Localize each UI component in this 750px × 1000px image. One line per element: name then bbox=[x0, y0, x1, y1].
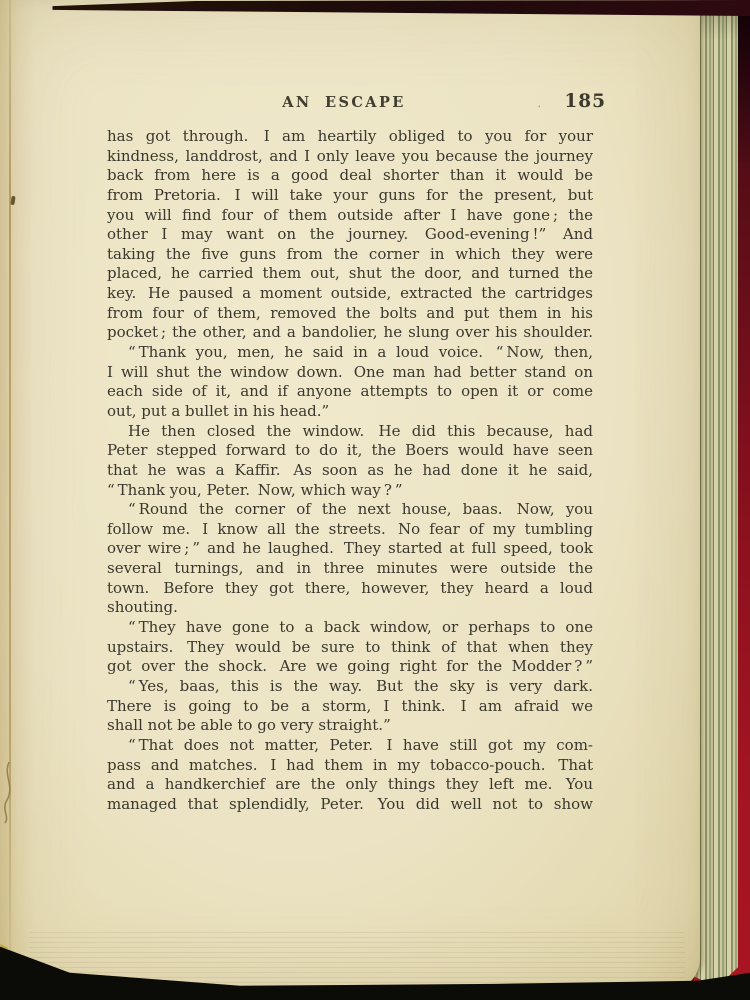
text-line: from four of them, removed the bolts and… bbox=[107, 304, 593, 324]
text-line: kindness, landdrost, and I only leave yo… bbox=[107, 147, 593, 167]
paragraph: “ That does not matter, Peter. I have st… bbox=[107, 736, 593, 815]
text-line: shouting. bbox=[107, 598, 593, 618]
body-text-block: has got through. I am heartily obliged t… bbox=[107, 127, 593, 814]
text-line: Peter stepped forward to do it, the Boer… bbox=[107, 441, 593, 461]
paragraph: has got through. I am heartily obliged t… bbox=[107, 127, 593, 343]
stitch-thread bbox=[0, 762, 20, 824]
paragraph: He then closed the window. He did this b… bbox=[107, 422, 593, 501]
text-line: got over the shock. Are we going right f… bbox=[107, 657, 593, 677]
text-line: from Pretoria. I will take your guns for… bbox=[107, 186, 593, 206]
page-edge-stack bbox=[694, 0, 738, 992]
text-line: back from here is a good deal shorter th… bbox=[107, 166, 593, 186]
text-line: There is going to be a storm, I think. I… bbox=[107, 697, 593, 717]
paragraph: “ Thank you, men, he said in a loud voic… bbox=[107, 343, 593, 422]
text-line: has got through. I am heartily obliged t… bbox=[107, 127, 593, 147]
folio-dot: · bbox=[538, 100, 542, 113]
text-line: “ Thank you, men, he said in a loud voic… bbox=[107, 343, 593, 363]
text-line: that he was a Kaffir. As soon as he had … bbox=[107, 461, 593, 481]
book-page: AN ESCAPE · 185 has got through. I am he… bbox=[0, 0, 700, 992]
text-line: you will find four of them outside after… bbox=[107, 206, 593, 226]
text-line: “ Yes, baas, this is the way. But the sk… bbox=[107, 677, 593, 697]
text-line: “ That does not matter, Peter. I have st… bbox=[107, 736, 593, 756]
text-line: key. He paused a moment outside, extract… bbox=[107, 284, 593, 304]
text-line: several turnings, and in three minutes w… bbox=[107, 559, 593, 579]
paragraph: “ They have gone to a back window, or pe… bbox=[107, 618, 593, 677]
text-line: placed, he carried them out, shut the do… bbox=[107, 264, 593, 284]
book-photo: AN ESCAPE · 185 has got through. I am he… bbox=[0, 0, 750, 1000]
chapter-running-title: AN ESCAPE bbox=[101, 94, 587, 111]
text-line: managed that splendidly, Peter. You did … bbox=[107, 795, 593, 815]
text-line: other I may want on the journey. Good-ev… bbox=[107, 225, 593, 245]
running-head: AN ESCAPE · 185 bbox=[107, 94, 593, 116]
text-line: follow me. I know all the streets. No fe… bbox=[107, 520, 593, 540]
text-line: taking the five guns from the corner in … bbox=[107, 245, 593, 265]
text-line: “ They have gone to a back window, or pe… bbox=[107, 618, 593, 638]
text-line: out, put a bullet in his head.” bbox=[107, 402, 593, 422]
page-edge-texture bbox=[30, 928, 685, 984]
text-line: He then closed the window. He did this b… bbox=[107, 422, 593, 442]
text-line: “ Thank you, Peter. Now, which way ? ” bbox=[107, 481, 593, 501]
text-line: over wire ; ” and he laughed. They start… bbox=[107, 539, 593, 559]
text-line: shall not be able to go very straight.” bbox=[107, 716, 593, 736]
text-line: upstairs. They would be sure to think of… bbox=[107, 638, 593, 658]
text-line: town. Before they got there, however, th… bbox=[107, 579, 593, 599]
text-line: pass and matches. I had them in my tobac… bbox=[107, 756, 593, 776]
page-gutter-shading bbox=[0, 0, 34, 992]
paragraph: “ Round the corner of the next house, ba… bbox=[107, 500, 593, 618]
page-number: 185 bbox=[564, 91, 606, 112]
text-line: each side of it, and if anyone attempts … bbox=[107, 382, 593, 402]
text-line: I will shut the window down. One man had… bbox=[107, 363, 593, 383]
paragraph: “ Yes, baas, this is the way. But the sk… bbox=[107, 677, 593, 736]
text-line: “ Round the corner of the next house, ba… bbox=[107, 500, 593, 520]
text-line: pocket ; the other, and a bandolier, he … bbox=[107, 323, 593, 343]
text-line: and a handkerchief are the only things t… bbox=[107, 775, 593, 795]
